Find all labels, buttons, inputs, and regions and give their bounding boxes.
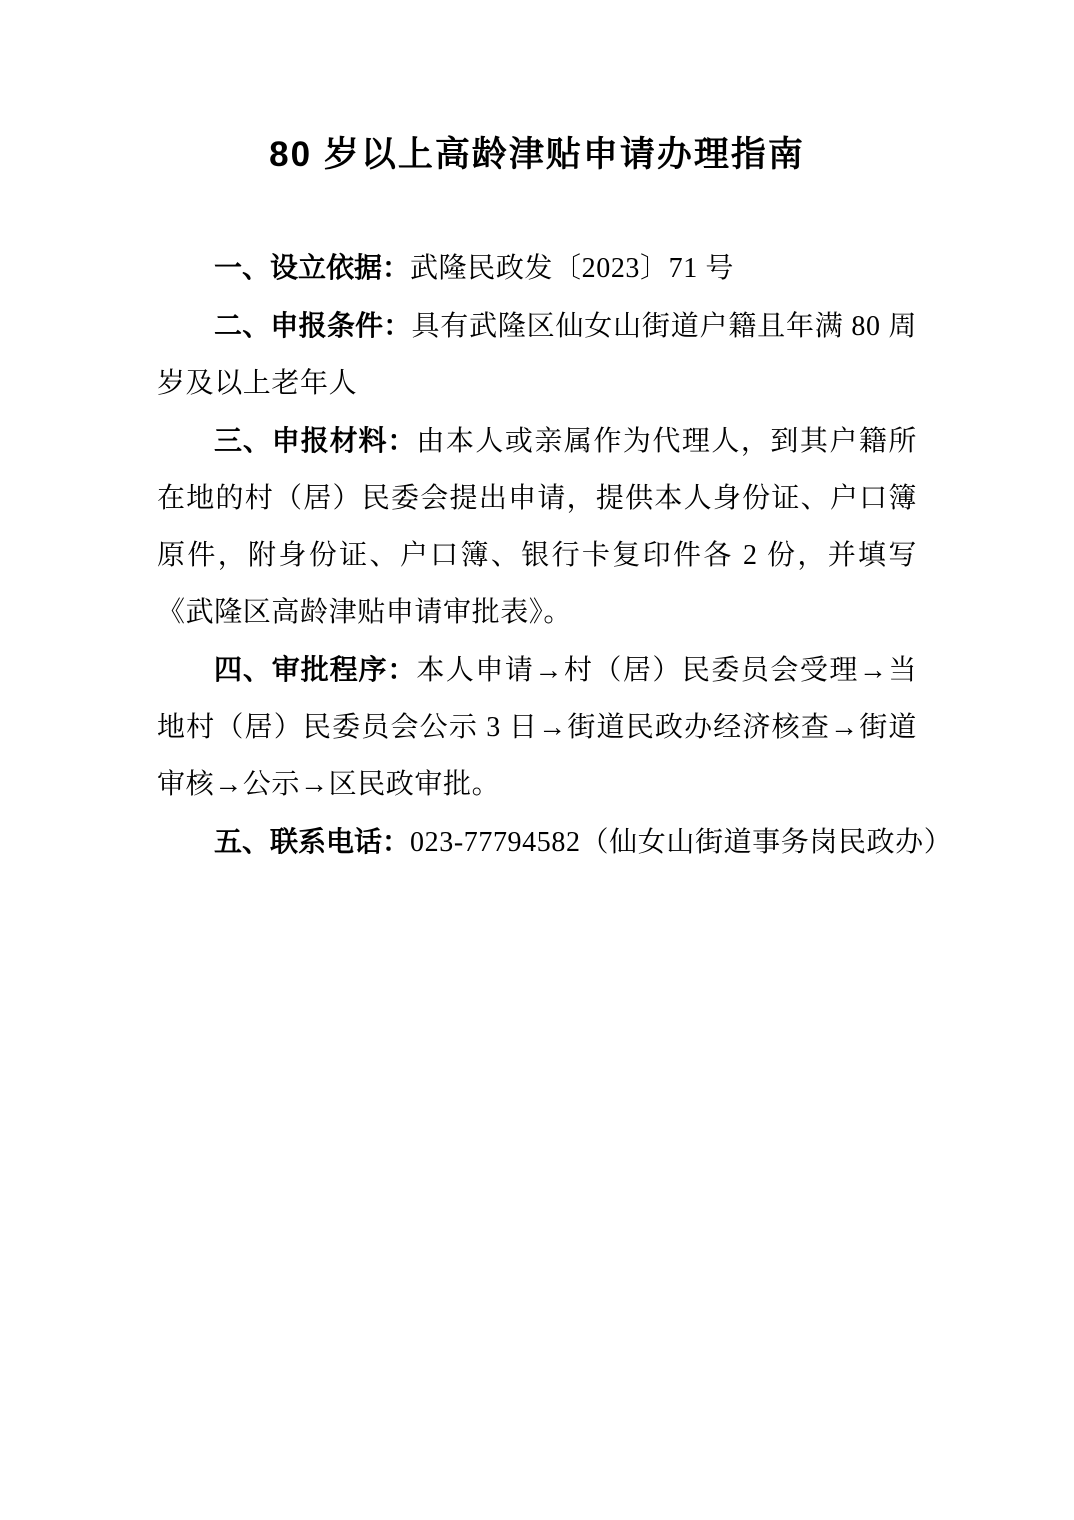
paragraph-contact-phone: 五、联系电话：023-77794582（仙女山街道事务岗民政办） xyxy=(157,813,917,871)
document-title: 80 岁以上高龄津贴申请办理指南 xyxy=(157,133,917,177)
document-body: 一、设立依据：武隆民政发〔2023〕71 号 二、申报条件：具有武隆区仙女山街道… xyxy=(157,239,917,871)
paragraph-contact-phone-label: 五、联系电话： xyxy=(214,826,410,857)
paragraph-setup-basis-label: 一、设立依据： xyxy=(214,252,410,283)
paragraph-setup-basis-text: 武隆民政发〔2023〕71 号 xyxy=(410,253,734,284)
paragraph-application-materials-label: 三、申报材料： xyxy=(214,425,416,456)
paragraph-setup-basis: 一、设立依据：武隆民政发〔2023〕71 号 xyxy=(157,239,917,297)
paragraph-application-conditions: 二、申报条件：具有武隆区仙女山街道户籍且年满 80 周岁及以上老年人 xyxy=(157,297,917,412)
paragraph-approval-procedure-label: 四、审批程序： xyxy=(214,654,416,685)
paragraph-application-materials: 三、申报材料：由本人或亲属作为代理人，到其户籍所在地的村（居）民委会提出申请，提… xyxy=(157,412,917,641)
paragraph-application-materials-text: 由本人或亲属作为代理人，到其户籍所在地的村（居）民委会提出申请，提供本人身份证、… xyxy=(157,426,917,628)
document-page: 80 岁以上高龄津贴申请办理指南 一、设立依据：武隆民政发〔2023〕71 号 … xyxy=(0,0,1074,1520)
paragraph-approval-procedure: 四、审批程序：本人申请→村（居）民委员会受理→当地村（居）民委员会公示 3 日→… xyxy=(157,641,917,813)
paragraph-application-conditions-label: 二、申报条件： xyxy=(214,310,411,341)
paragraph-contact-phone-text: 023-77794582（仙女山街道事务岗民政办） xyxy=(410,827,952,858)
